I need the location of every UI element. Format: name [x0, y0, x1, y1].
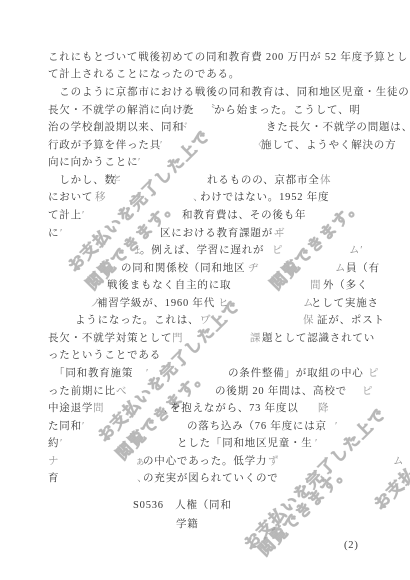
text-fragment-partial: ム′ [349, 244, 363, 258]
text-fragment: 区における教育課題が [160, 227, 273, 241]
text-fragment-partial: ム [393, 455, 404, 469]
text-fragment: 向に向かうことに [48, 156, 138, 170]
text-fragment: の落ち込み（76 年度には京 [187, 420, 327, 434]
document-text-layer: これにもとづいて戦後初めての同和教育費 200 万円が 52 年度予算として計上… [0, 0, 410, 580]
catalog-code: S0536 人権（同和 [133, 499, 232, 513]
text-fragment-partial: ′ [60, 227, 63, 241]
text-fragment: として実施さ [311, 297, 379, 311]
text-fragment-partial: ピ [272, 244, 283, 258]
text-fragment-partial: ナ [48, 455, 59, 469]
text-fragment: ったということである [48, 349, 161, 363]
text-fragment: 題として認識されてい [262, 332, 375, 346]
text-fragment-partial: ′ [82, 420, 85, 434]
text-fragment: に [48, 227, 59, 241]
text-fragment-partial: 課 [250, 332, 261, 346]
page-number: (2) [344, 539, 359, 553]
text-fragment: を抱えながら、73 年度以 [170, 402, 299, 416]
text-fragment: とした「同和地区児童・生 [177, 437, 313, 451]
document-page: お支払いを完了した上で閲覧できます。閲覧できます。お支払いを完了した上で閲覧でき… [0, 0, 410, 580]
text-fragment-partial: ′ [82, 209, 85, 223]
text-fragment: た同和 [48, 420, 82, 434]
text-fragment: 戦後まもなく自主的に取 [107, 279, 231, 293]
text-fragment-partial: ド [178, 121, 189, 135]
text-fragment: 育 [48, 472, 59, 486]
text-fragment-partial: 門 [172, 332, 183, 346]
text-fragment-partial: ピ [368, 367, 379, 381]
text-fragment: の充実が図られていくので [143, 472, 279, 486]
text-fragment: った前期に比 [48, 385, 116, 399]
text-fragment: 行政が予算を伴った具 [48, 139, 161, 153]
text-fragment: 中途退学 [48, 402, 93, 416]
text-fragment-partial: ヒ [218, 297, 229, 311]
text-fragment-partial: ず [268, 455, 279, 469]
text-fragment: 証が、ポスト [317, 314, 385, 328]
text-fragment: において [48, 191, 93, 205]
text-fragment: 長欠・不就学の解消に向けた [48, 104, 195, 118]
text-fragment-partial: ピ [362, 385, 373, 399]
text-fragment: わけではない。1952 年度 [200, 191, 329, 205]
text-fragment-partial: ム [335, 262, 346, 276]
text-fragment-partial: ヸ [274, 227, 285, 241]
text-fragment-partial: ′ [138, 156, 141, 170]
text-fragment-partial: 間 [310, 279, 321, 293]
text-fragment: から始まった。こうして、明 [214, 104, 361, 118]
text-fragment-partial: ′ [146, 367, 149, 381]
text-fragment: の同和関係校（同和地区 [121, 262, 245, 276]
category-label: 学籍 [176, 518, 199, 532]
text-fragment-partial: ヂ [248, 262, 259, 276]
text-fragment-partial: ′ [60, 437, 63, 451]
text-fragment-partial: ヷ [200, 314, 211, 328]
text-fragment: の後期 20 年間は、高校で [215, 385, 347, 399]
text-fragment: しかし、数 [48, 174, 116, 188]
text-fragment-partial: 問 [93, 402, 104, 416]
text-fragment-partial: ′ [160, 139, 163, 153]
text-fragment: 治の学校創設期以来、同和 [48, 121, 184, 135]
text-fragment: 員（有 [346, 262, 380, 276]
text-fragment-partial: 降 [318, 402, 329, 416]
text-fragment: 「同和教育施策 [48, 367, 133, 381]
text-fragment: 長欠・不就学対策として [48, 332, 172, 346]
text-fragment: の中心であった。低学力 [143, 455, 267, 469]
text-fragment: ようになった。これは、 [75, 314, 199, 328]
text-fragment-partial: 体 [320, 174, 331, 188]
text-fragment: 。例えば、学習に遅れが [140, 244, 264, 258]
text-fragment-partial: 夢 [182, 104, 193, 118]
text-fragment-partial: 字 [110, 174, 121, 188]
text-fragment: 施して、ようやく解決の方 [261, 139, 396, 153]
text-fragment-partial: ′ [335, 420, 338, 434]
text-fragment-partial: 保 [303, 314, 314, 328]
text-fragment: て計上 [48, 209, 82, 223]
text-fragment: て計上されることになったのである。 [48, 68, 240, 82]
text-fragment: れるものの、京都市全 [207, 174, 320, 188]
text-fragment: きた長欠・不就学の問題は、 [266, 121, 410, 135]
text-fragment: 約 [48, 437, 59, 451]
text-fragment-partial: べ [116, 385, 127, 399]
text-fragment-partial: 移 [95, 191, 106, 205]
text-fragment: 和教育費は、その後も年 [182, 209, 306, 223]
text-fragment: の条件整備」が取組の中心 [228, 367, 364, 381]
text-fragment-partial: ′ [315, 437, 318, 451]
text-fragment: このように京都市における戦後の同和教育は、同和地区児童・生徒の [48, 86, 410, 100]
text-fragment: これにもとづいて戦後初めての同和教育費 200 万円が 52 年度予算とし [48, 51, 408, 65]
text-fragment: 外（多く [323, 279, 368, 293]
text-fragment: 補習学級が、1960 年代 [97, 297, 215, 311]
